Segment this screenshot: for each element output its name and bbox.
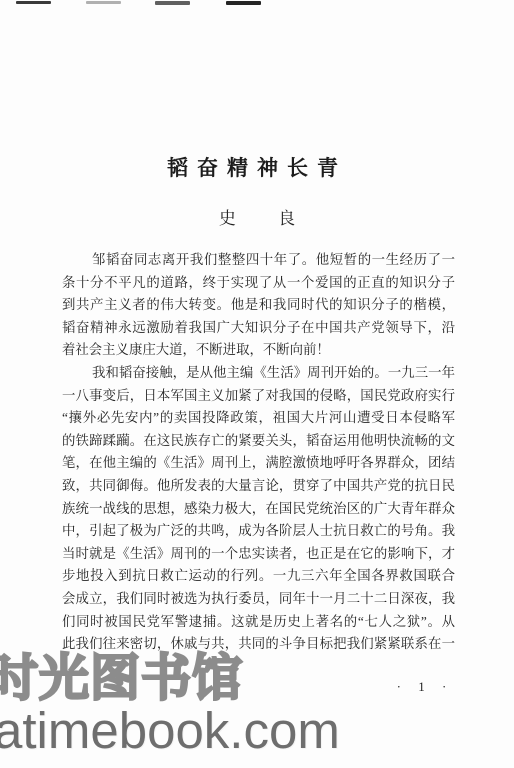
article-title: 韬奋精神长青 <box>0 152 514 182</box>
watermark-site-url: atimebook.com <box>0 703 340 759</box>
text-line: 我和韬奋接触，是从他主编《生活》周刊开始的。一九三一年九 <box>62 362 455 385</box>
text-line: 笔，在他主编的《生活》周刊上，满腔激愤地呼吁各界群众，团结一 <box>62 452 455 475</box>
text-line: “攘外必先安内”的卖国投降政策，祖国大片河山遭受日本侵略军 <box>62 407 455 430</box>
text-line: 邹韬奋同志离开我们整整四十年了。他短暂的一生经历了一 <box>62 249 455 272</box>
page-number: · 1 · <box>396 679 454 695</box>
text-line: 族统一战线的思想，感染力极大，在国民党统治区的广大青年群众 <box>62 498 455 521</box>
scanned-book-page: 韬奋精神长青 史 良 邹韬奋同志离开我们整整四十年了。他短暂的一生经历了一 条十… <box>0 0 514 768</box>
text-line: 一八事变后，日本军国主义加紧了对我国的侵略，国民党政府实行 <box>62 385 455 408</box>
text-line: 会成立，我们同时被选为执行委员，同年十一月二十二日深夜，我 <box>62 588 455 611</box>
text-line: 的铁蹄蹂躏。在这民族存亡的紧要关头，韬奋运用他明快流畅的文 <box>62 430 455 453</box>
scan-edge-mark <box>16 1 51 4</box>
text-line: 步地投入到抗日救亡运动的行列。一九三六年全国各界救国联合 <box>62 565 455 588</box>
text-line: 中，引起了极为广泛的共鸣，成为各阶层人士抗日救亡的号角。我 <box>62 520 455 543</box>
author-name: 史 良 <box>0 204 514 229</box>
text-line: 着社会主义康庄大道，不断进取，不断向前！ <box>62 339 455 362</box>
scan-edge-mark <box>226 1 261 5</box>
scan-edge-mark <box>155 1 190 5</box>
text-line: 条十分不平凡的道路，终于实现了从一个爱国的正直的知识分子 <box>62 272 455 295</box>
article-body: 邹韬奋同志离开我们整整四十年了。他短暂的一生经历了一 条十分不平凡的道路，终于实… <box>62 249 455 656</box>
text-line: 致，共同御侮。他所发表的大量言论，贯穿了中国共产党的抗日民 <box>62 475 455 498</box>
text-line: 此我们往来密切，休戚与共，共同的斗争目标把我们紧紧联系在一 <box>62 633 455 656</box>
text-line: 韬奋精神永远激励着我国广大知识分子在中国共产党领导下，沿 <box>62 317 455 340</box>
text-line: 到共产主义者的伟大转变。他是和我同时代的知识分子的楷模， <box>62 294 455 317</box>
text-line: 们同时被国民党军警逮捕。这就是历史上著名的“七人之狱”。从 <box>62 611 455 634</box>
scan-edge-mark <box>86 1 121 4</box>
watermark-site-name: 时光图书馆 <box>0 650 243 708</box>
text-line: 当时就是《生活》周刊的一个忠实读者，也正是在它的影响下，才逐 <box>62 543 455 566</box>
